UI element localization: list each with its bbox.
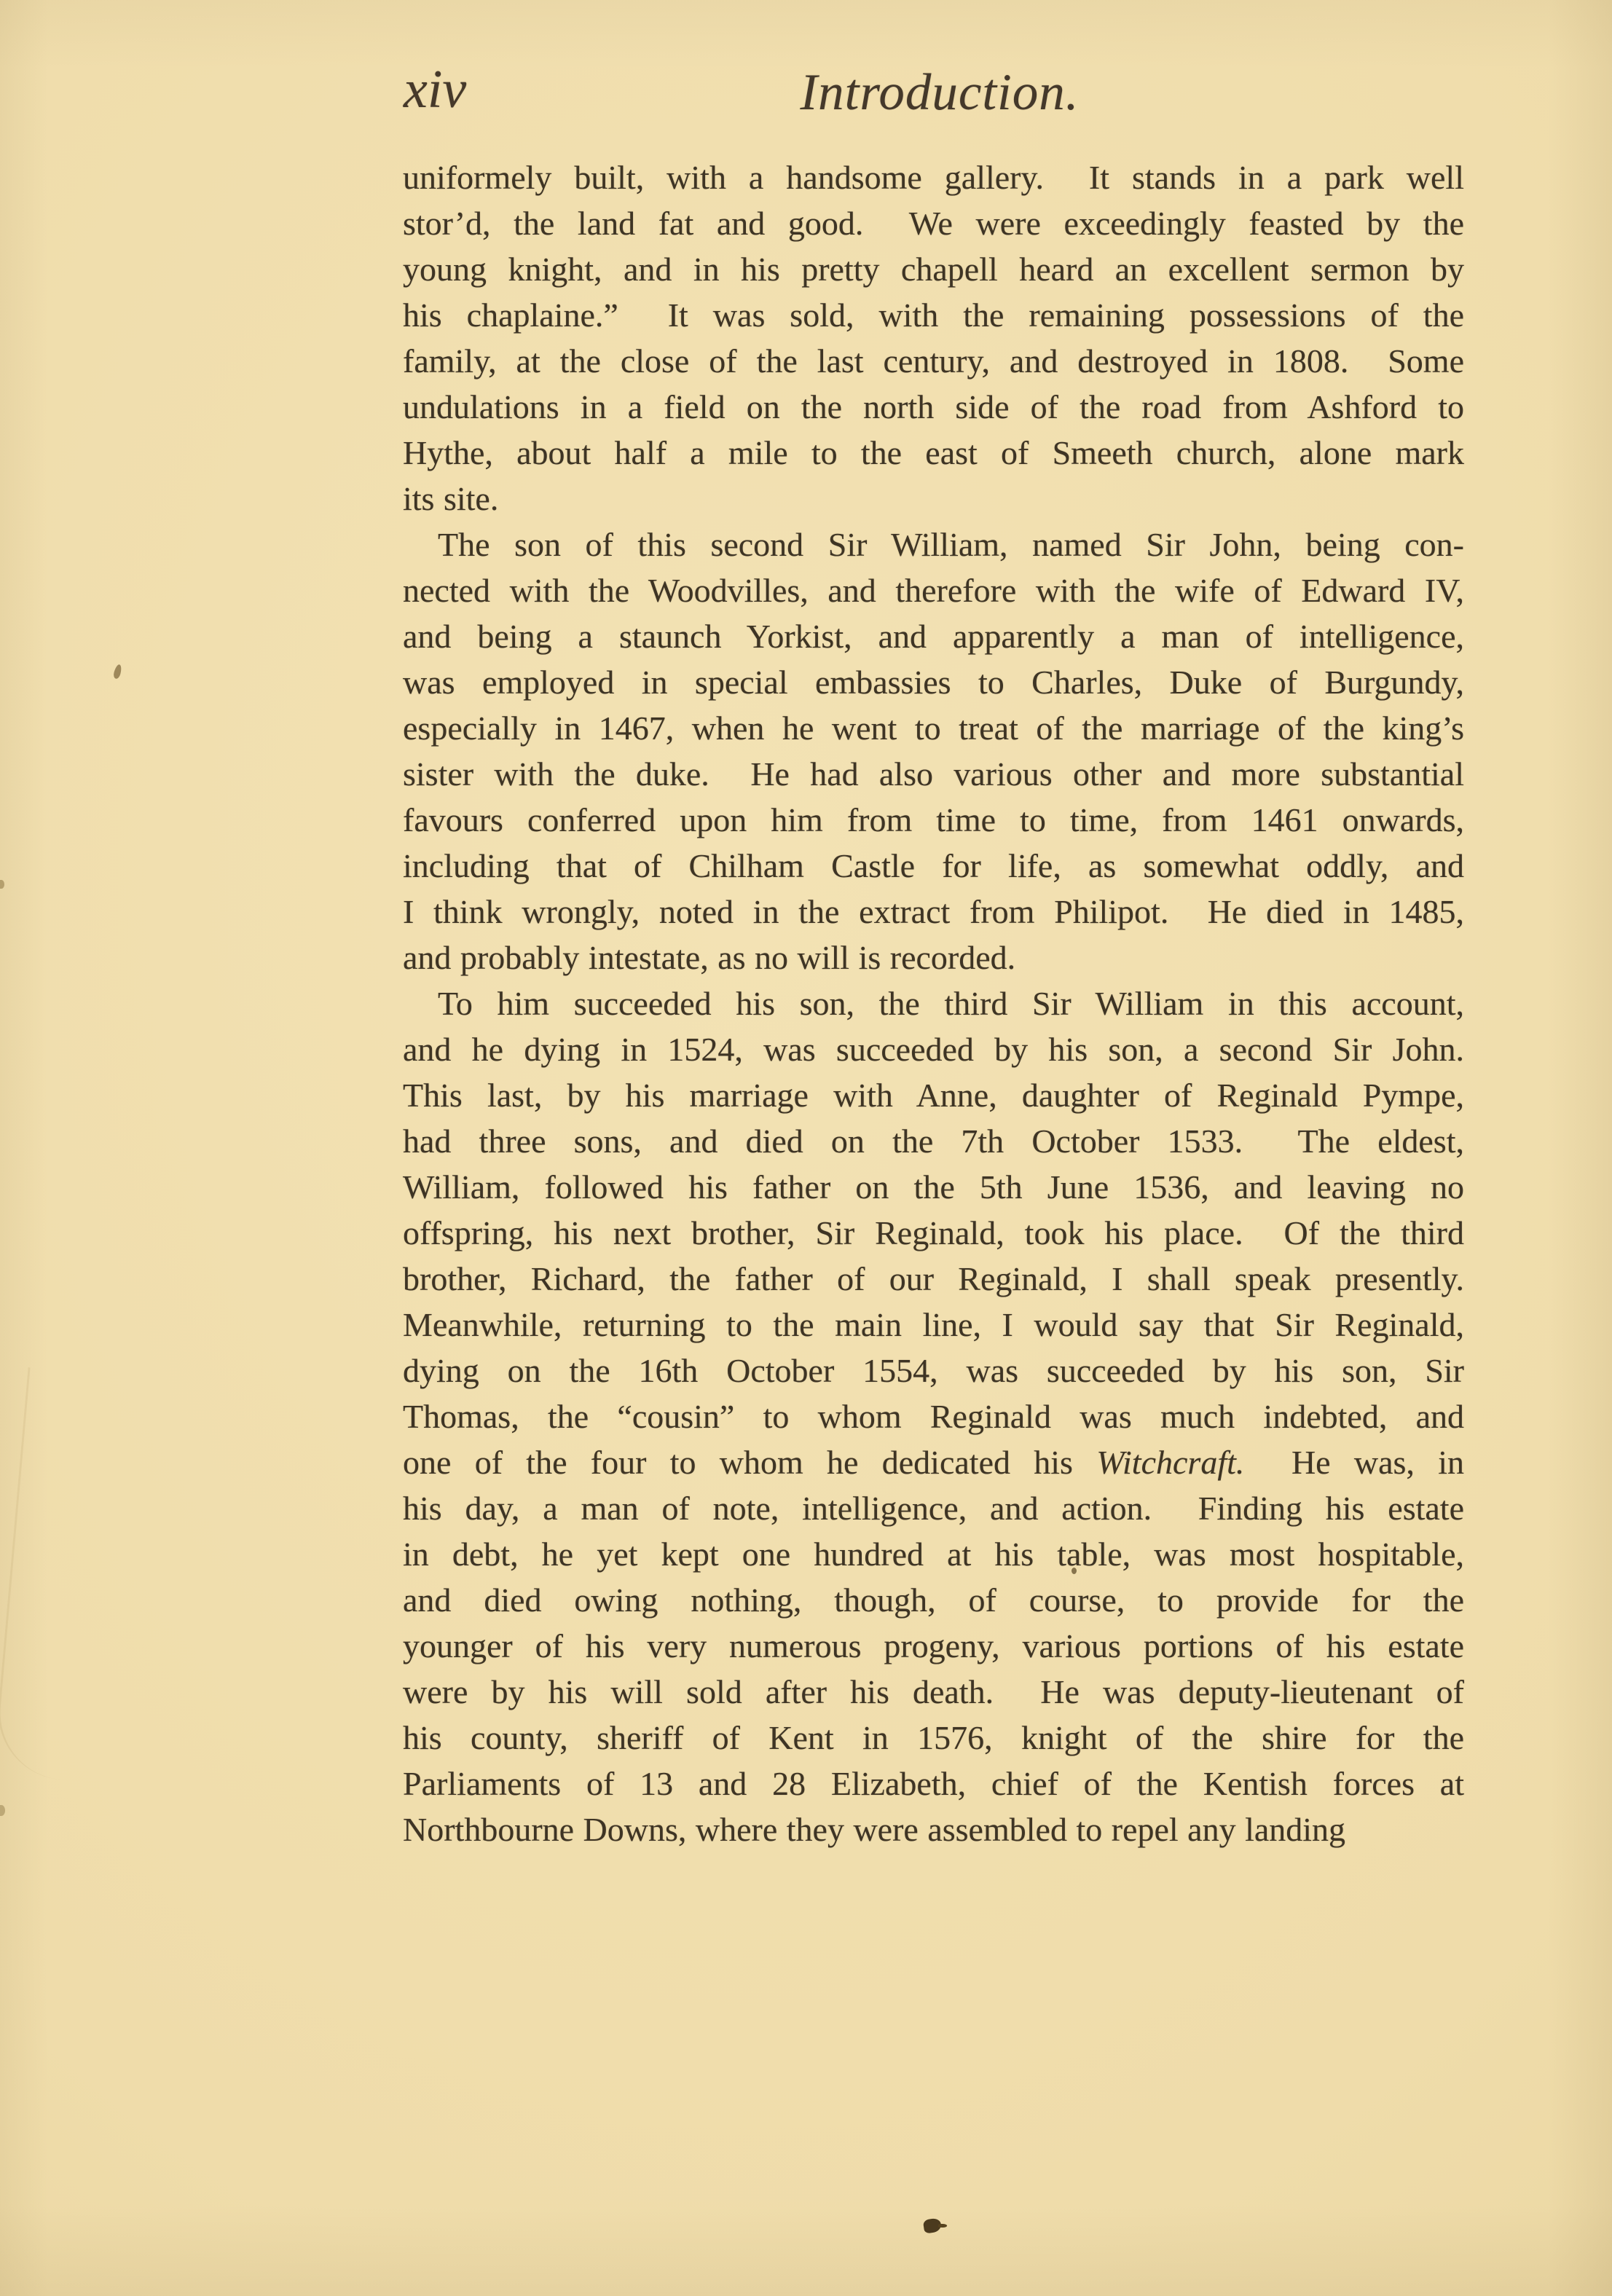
scan-edge-mark	[0, 1805, 5, 1816]
paragraph: To him succeeded his son, the third Sir …	[403, 980, 1464, 1852]
text-line: and he dying in 1524, was succeeded by h…	[403, 1026, 1464, 1072]
text-line: Parliaments of 13 and 28 Elizabeth, chie…	[403, 1761, 1464, 1806]
paragraph: uniformely built, with a handsome galler…	[403, 154, 1464, 522]
text-line: sister with the duke. He had also variou…	[403, 751, 1464, 797]
text-line: family, at the close of the last century…	[403, 338, 1464, 384]
text-line: in debt, he yet kept one hundred at his …	[403, 1531, 1464, 1577]
text-line: Meanwhile, returning to the main line, I…	[403, 1302, 1464, 1348]
text-line: Hythe, about half a mile to the east of …	[403, 430, 1464, 476]
text-line: stor’d, the land fat and good. We were e…	[403, 200, 1464, 246]
text-line: The son of this second Sir William, name…	[403, 522, 1464, 567]
text-line: Thomas, the “cousin” to whom Reginald wa…	[403, 1393, 1464, 1439]
text-line: nected with the Woodvilles, and therefor…	[403, 567, 1464, 613]
text-line: undulations in a field on the north side…	[403, 384, 1464, 430]
text-line: offspring, his next brother, Sir Reginal…	[403, 1210, 1464, 1256]
text-line: his chaplaine.” It was sold, with the re…	[403, 292, 1464, 338]
text-line: its site.	[403, 476, 1464, 522]
text-line: younger of his very numerous progeny, va…	[403, 1623, 1464, 1669]
book-page: xiv Introduction. uniformely built, with…	[0, 0, 1612, 2296]
text-line: William, followed his father on the 5th …	[403, 1164, 1464, 1210]
text-line: and died owing nothing, though, of cours…	[403, 1577, 1464, 1623]
text-line: This last, by his marriage with Anne, da…	[403, 1072, 1464, 1118]
text-line: one of the four to whom he dedicated his…	[403, 1439, 1464, 1485]
text-line: were by his will sold after his death. H…	[403, 1669, 1464, 1715]
text-line: his day, a man of note, intelligence, an…	[403, 1485, 1464, 1531]
text-line: especially in 1467, when he went to trea…	[403, 705, 1464, 751]
page-number-folio: xiv	[404, 63, 466, 117]
text-line: including that of Chilham Castle for lif…	[403, 843, 1464, 889]
text-line: favours conferred upon him from time to …	[403, 797, 1464, 843]
running-title: Introduction.	[800, 67, 1079, 119]
text-line: his county, sheriff of Kent in 1576, kni…	[403, 1715, 1464, 1761]
ink-speck	[1072, 1568, 1077, 1574]
text-line: dying on the 16th October 1554, was succ…	[403, 1348, 1464, 1393]
text-line: and being a staunch Yorkist, and apparen…	[403, 613, 1464, 659]
text-line: brother, Richard, the father of our Regi…	[403, 1256, 1464, 1302]
text-line: had three sons, and died on the 7th Octo…	[403, 1118, 1464, 1164]
text-line: and probably intestate, as no will is re…	[403, 935, 1464, 980]
paragraph: The son of this second Sir William, name…	[403, 522, 1464, 980]
text-line: I think wrongly, noted in the extract fr…	[403, 889, 1464, 935]
ink-speck	[113, 664, 123, 680]
text-line: was employed in special embassies to Cha…	[403, 659, 1464, 705]
text-block: uniformely built, with a handsome galler…	[403, 154, 1464, 1852]
ink-speck	[923, 2217, 942, 2233]
text-line: To him succeeded his son, the third Sir …	[403, 980, 1464, 1026]
scan-edge-mark	[0, 880, 4, 889]
text-line: Northbourne Downs, where they were assem…	[403, 1806, 1464, 1852]
text-line: young knight, and in his pretty chapell …	[403, 246, 1464, 292]
paper-crease	[0, 1367, 95, 1780]
text-line: uniformely built, with a handsome galler…	[403, 154, 1464, 200]
